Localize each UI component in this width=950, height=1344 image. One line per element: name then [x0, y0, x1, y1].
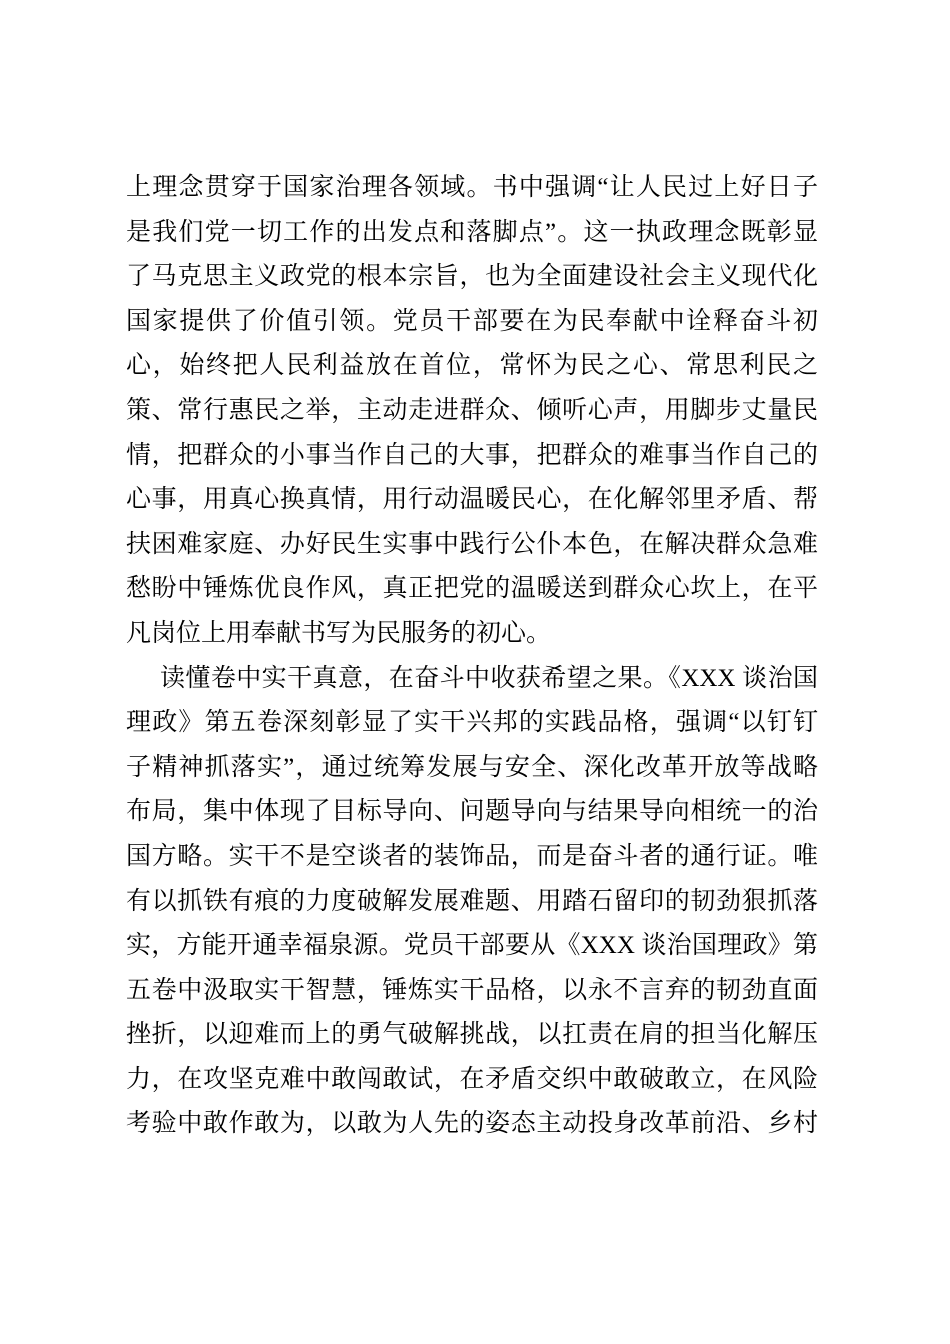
text-line: 凡岗位上用奉献书写为民服务的初心。 [126, 612, 818, 657]
text-line: 读懂卷中实干真意，在奋斗中收获希望之果。《XXX 谈治国 [126, 657, 818, 702]
text-line: 心，始终把人民利益放在首位，常怀为民之心、常思利民之 [126, 344, 818, 389]
text-line: 考验中敢作敢为，以敢为人先的姿态主动投身改革前沿、乡村 [126, 1102, 818, 1147]
paragraph: 读懂卷中实干真意，在奋斗中收获希望之果。《XXX 谈治国理政》第五卷深刻彰显了实… [126, 657, 818, 1148]
text-line: 理政》第五卷深刻彰显了实干兴邦的实践品格，强调“以钉钉 [126, 701, 818, 746]
text-line: 是我们党一切工作的出发点和落脚点”。这一执政理念既彰显 [126, 211, 818, 256]
text-line: 心事，用真心换真情，用行动温暖民心，在化解邻里矛盾、帮 [126, 478, 818, 523]
document-page: 上理念贯穿于国家治理各领域。书中强调“让人民过上好日子是我们党一切工作的出发点和… [0, 0, 950, 1344]
text-line: 国家提供了价值引领。党员干部要在为民奉献中诠释奋斗初 [126, 300, 818, 345]
document-body: 上理念贯穿于国家治理各领域。书中强调“让人民过上好日子是我们党一切工作的出发点和… [126, 166, 818, 1147]
text-line: 布局，集中体现了目标导向、问题导向与结果导向相统一的治 [126, 790, 818, 835]
text-line: 子精神抓落实”，通过统筹发展与安全、深化改革开放等战略 [126, 746, 818, 791]
text-line: 愁盼中锤炼优良作风，真正把党的温暖送到群众心坎上，在平 [126, 567, 818, 612]
text-line: 挫折，以迎难而上的勇气破解挑战，以扛责在肩的担当化解压 [126, 1013, 818, 1058]
text-line: 上理念贯穿于国家治理各领域。书中强调“让人民过上好日子 [126, 166, 818, 211]
text-line: 力，在攻坚克难中敢闯敢试，在矛盾交织中敢破敢立，在风险 [126, 1058, 818, 1103]
text-line: 国方略。实干不是空谈者的装饰品，而是奋斗者的通行证。唯 [126, 835, 818, 880]
text-line: 策、常行惠民之举，主动走进群众、倾听心声，用脚步丈量民 [126, 389, 818, 434]
paragraph: 上理念贯穿于国家治理各领域。书中强调“让人民过上好日子是我们党一切工作的出发点和… [126, 166, 818, 657]
text-line: 扶困难家庭、办好民生实事中践行公仆本色，在解决群众急难 [126, 523, 818, 568]
text-line: 有以抓铁有痕的力度破解发展难题、用踏石留印的韧劲狠抓落 [126, 880, 818, 925]
text-line: 五卷中汲取实干智慧，锤炼实干品格，以永不言弃的韧劲直面 [126, 969, 818, 1014]
text-line: 实，方能开通幸福泉源。党员干部要从《XXX 谈治国理政》第 [126, 924, 818, 969]
text-line: 情，把群众的小事当作自己的大事，把群众的难事当作自己的 [126, 434, 818, 479]
text-line: 了马克思主义政党的根本宗旨，也为全面建设社会主义现代化 [126, 255, 818, 300]
